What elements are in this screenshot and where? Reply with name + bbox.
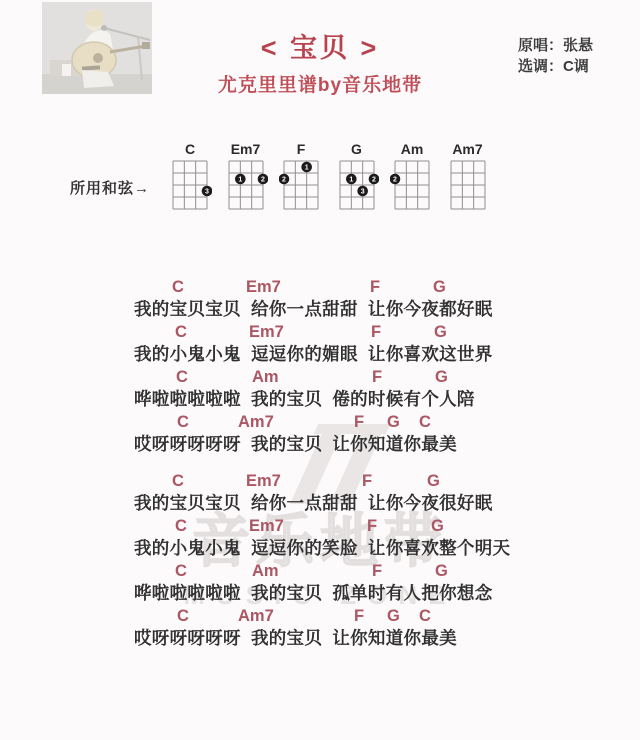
- chord-label: C: [419, 412, 431, 433]
- chord-diagram-name: G: [335, 141, 379, 158]
- lyric-line: 哎呀呀呀呀呀 我的宝贝 让你知道你最美: [0, 627, 640, 649]
- chord-label: G: [431, 516, 444, 537]
- original-singer-row: 原唱：张悬: [518, 35, 593, 56]
- chord-label: Am7: [238, 606, 274, 627]
- chord-label: Am7: [238, 412, 274, 433]
- fretboard-grid: 2: [390, 158, 434, 214]
- chord-row: CAmFG: [0, 561, 640, 582]
- chord-label: Em7: [249, 322, 284, 343]
- song-line: CAm7FGC哎呀呀呀呀呀 我的宝贝 让你知道你最美: [0, 412, 640, 457]
- chord-label: G: [435, 367, 448, 388]
- song-line: CAm7FGC哎呀呀呀呀呀 我的宝贝 让你知道你最美: [0, 606, 640, 651]
- lyric-line: 哗啦啦啦啦啦 我的宝贝 孤单时有人把你想念: [0, 582, 640, 604]
- chord-diagram-Am7: Am7: [446, 141, 490, 219]
- svg-text:3: 3: [205, 189, 209, 196]
- chord-label: F: [372, 367, 382, 388]
- fretboard-grid: 12: [224, 158, 268, 214]
- chord-label: G: [387, 412, 400, 433]
- chord-row: CEm7FG: [0, 322, 640, 343]
- song-line: CEm7FG我的宝贝宝贝 给你一点甜甜 让你今夜很好眠: [0, 471, 640, 516]
- song-line: CEm7FG我的小鬼小鬼 逗逗你的媚眼 让你喜欢这世界: [0, 322, 640, 367]
- svg-text:1: 1: [305, 165, 309, 172]
- chord-row: CEm7FG: [0, 471, 640, 492]
- lyric-line: 我的小鬼小鬼 逗逗你的笑脸 让你喜欢整个明天: [0, 537, 640, 559]
- chord-label: C: [172, 277, 184, 298]
- chord-label: C: [177, 606, 189, 627]
- svg-text:3: 3: [360, 189, 364, 196]
- chord-row: CAm7FGC: [0, 412, 640, 433]
- lyric-line: 我的宝贝宝贝 给你一点甜甜 让你今夜都好眠: [0, 298, 640, 320]
- chord-row: CAmFG: [0, 367, 640, 388]
- chord-label: F: [362, 471, 372, 492]
- chord-label: G: [435, 561, 448, 582]
- chord-row: CEm7FG: [0, 277, 640, 298]
- lyric-line: 哎呀呀呀呀呀 我的宝贝 让你知道你最美: [0, 433, 640, 455]
- chord-label: F: [354, 606, 364, 627]
- chord-diagram-F: F12: [279, 141, 323, 219]
- chord-label: C: [175, 561, 187, 582]
- chord-diagram-name: C: [168, 141, 212, 158]
- song-line: CEm7FG我的小鬼小鬼 逗逗你的笑脸 让你喜欢整个明天: [0, 516, 640, 561]
- chord-label: G: [434, 322, 447, 343]
- chord-label: C: [177, 412, 189, 433]
- chord-label: F: [354, 412, 364, 433]
- chord-label: C: [175, 516, 187, 537]
- song-info: 原唱：张悬 选调：C调: [518, 35, 593, 77]
- chord-label: F: [370, 277, 380, 298]
- lyric-line: 我的宝贝宝贝 给你一点甜甜 让你今夜很好眠: [0, 492, 640, 514]
- chord-label: Am: [252, 561, 279, 582]
- chord-row: CEm7FG: [0, 516, 640, 537]
- chord-label: C: [175, 322, 187, 343]
- chord-label: C: [172, 471, 184, 492]
- original-singer-value: 张悬: [563, 37, 593, 54]
- svg-text:2: 2: [393, 177, 397, 184]
- key-value: C调: [563, 58, 589, 75]
- lyric-line: 哗啦啦啦啦啦 我的宝贝 倦的时候有个人陪: [0, 388, 640, 410]
- fretboard-grid: 123: [335, 158, 379, 214]
- fretboard-grid: 3: [168, 158, 212, 214]
- song-line: CAmFG哗啦啦啦啦啦 我的宝贝 孤单时有人把你想念: [0, 561, 640, 606]
- stanza-1: CEm7FG我的宝贝宝贝 给你一点甜甜 让你今夜都好眠CEm7FG我的小鬼小鬼 …: [0, 277, 640, 457]
- svg-text:2: 2: [261, 177, 265, 184]
- chord-diagram-name: Am7: [446, 141, 490, 158]
- chord-label: Em7: [246, 277, 281, 298]
- svg-text:1: 1: [349, 177, 353, 184]
- chord-label: Em7: [246, 471, 281, 492]
- chord-diagram-name: Am: [390, 141, 434, 158]
- fretboard-grid: [446, 158, 490, 214]
- chord-label: G: [433, 277, 446, 298]
- chord-label: C: [419, 606, 431, 627]
- svg-text:2: 2: [282, 177, 286, 184]
- song-line: CEm7FG我的宝贝宝贝 给你一点甜甜 让你今夜都好眠: [0, 277, 640, 322]
- fretboard-grid: 12: [279, 158, 323, 214]
- chord-label: G: [427, 471, 440, 492]
- chords-used-label: 所用和弦→: [70, 177, 150, 198]
- chord-diagram-Am: Am2: [390, 141, 434, 219]
- original-singer-label: 原唱：: [518, 37, 563, 54]
- stanza-2: CEm7FG我的宝贝宝贝 给你一点甜甜 让你今夜很好眠CEm7FG我的小鬼小鬼 …: [0, 471, 640, 651]
- svg-text:1: 1: [238, 177, 242, 184]
- key-row: 选调：C调: [518, 56, 593, 77]
- chord-diagram-G: G123: [335, 141, 379, 219]
- song-line: CAmFG哗啦啦啦啦啦 我的宝贝 倦的时候有个人陪: [0, 367, 640, 412]
- chord-row: CAm7FGC: [0, 606, 640, 627]
- chord-label: Em7: [249, 516, 284, 537]
- chord-label: G: [387, 606, 400, 627]
- chord-label: Am: [252, 367, 279, 388]
- key-label: 选调：: [518, 58, 563, 75]
- chord-label: F: [371, 322, 381, 343]
- chord-label: F: [372, 561, 382, 582]
- chord-label: C: [176, 367, 188, 388]
- chord-sheet-page: < 宝贝 > 尤克里里谱by音乐地带 原唱：张悬 选调：C调 所用和弦→ C3E…: [0, 0, 640, 740]
- chord-diagram-name: Em7: [224, 141, 268, 158]
- chord-diagram-name: F: [279, 141, 323, 158]
- chord-diagram-C: C3: [168, 141, 212, 219]
- svg-text:2: 2: [372, 177, 376, 184]
- chord-diagram-Em7: Em712: [224, 141, 268, 219]
- chord-label: F: [367, 516, 377, 537]
- lyric-line: 我的小鬼小鬼 逗逗你的媚眼 让你喜欢这世界: [0, 343, 640, 365]
